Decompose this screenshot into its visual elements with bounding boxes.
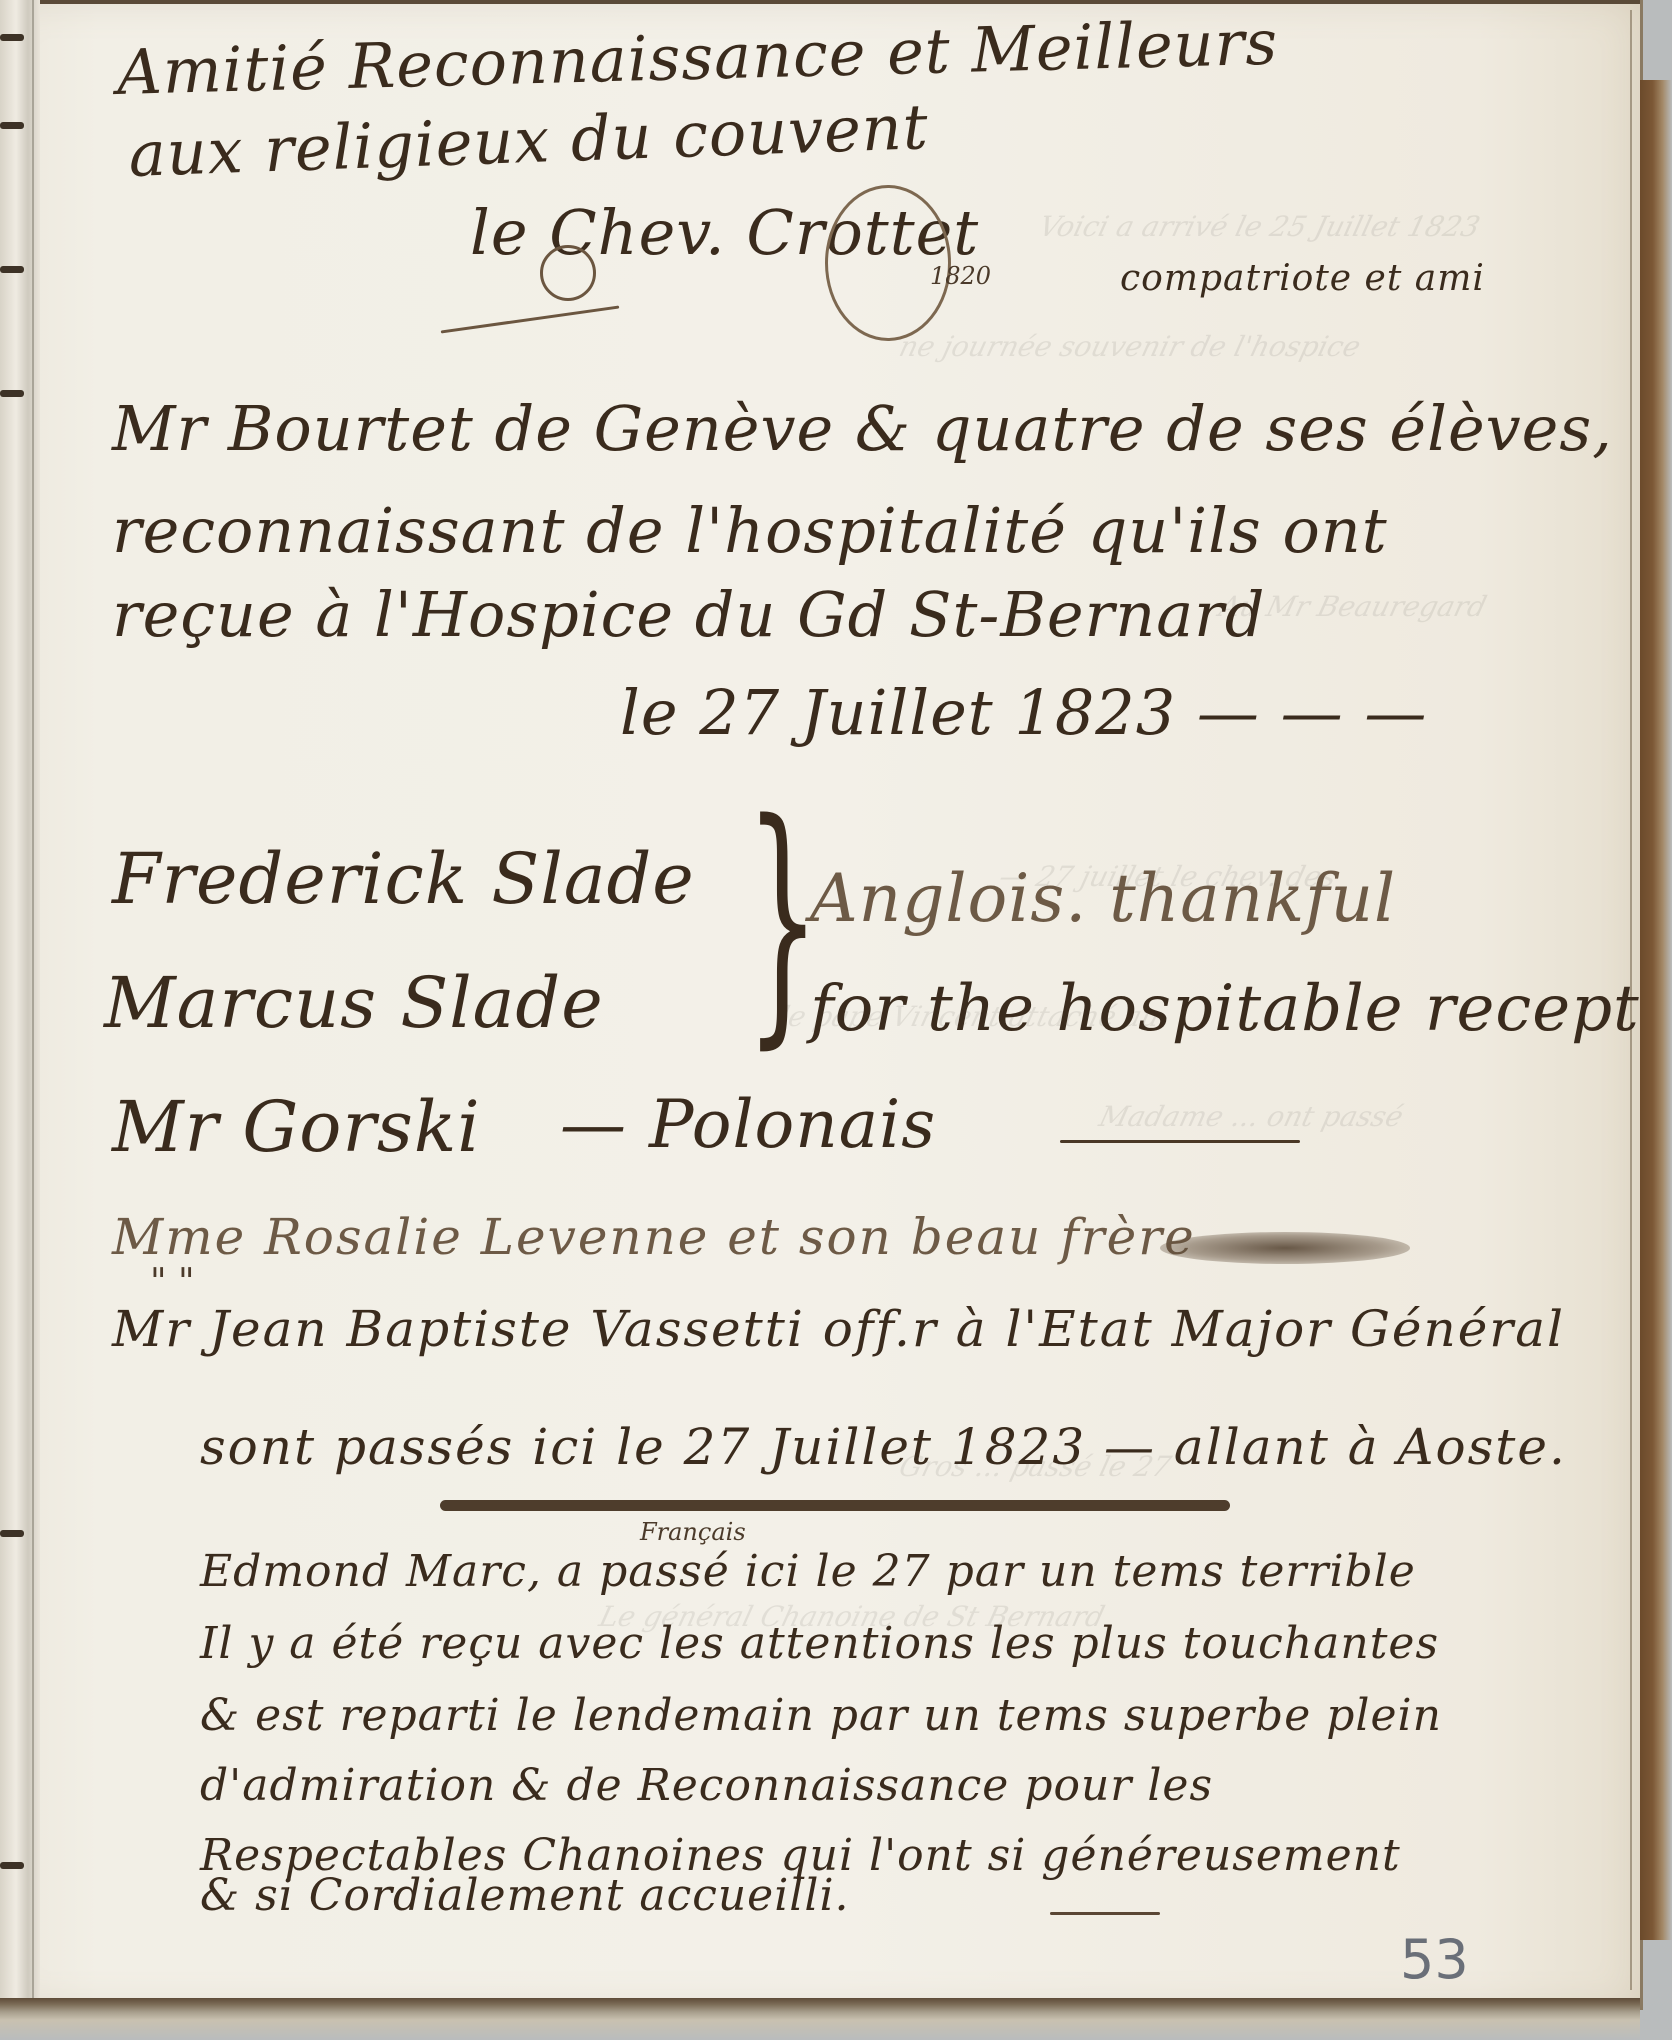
handwritten-line: d'admiration & de Reconnaissance pour le… [200,1760,1213,1811]
handwritten-line: reçue à l'Hospice du Gd St-Bernard [112,578,1265,651]
ink-blot [1160,1232,1410,1264]
page-top-edge [0,0,1640,4]
separator-rule [440,1500,1230,1511]
date-line: le 27 Juillet 1823 — — — [620,676,1427,749]
handwritten-line: sont passés ici le 27 Juillet 1823 — all… [200,1418,1567,1476]
manuscript-page: Voici a arrivé le 25 Juillet 1823 ne jou… [0,0,1643,2010]
worn-bottom-edge [0,1998,1640,2040]
handwritten-note: Anglois. thankful [810,860,1396,937]
page-number: 53 [1400,1928,1469,1991]
underline-rule [1060,1140,1300,1143]
bleed-through-text: Madame ... ont passé [1096,1100,1407,1133]
handwritten-line: reconnaissant de l'hospitalité qu'ils on… [112,494,1388,567]
handwritten-line: Mr Jean Baptiste Vassetti off.r à l'Etat… [112,1300,1565,1358]
binding-stitch [0,1862,24,1869]
binding-stitch [0,266,24,273]
handwritten-line: Mme Rosalie Levenne et son beau frère [112,1208,1196,1266]
handwritten-line: Edmond Marc, a passé ici le 27 par un te… [200,1546,1416,1597]
visitor-name: Frederick Slade [112,838,695,920]
bleed-through-text: ne journée souvenir de l'hospice [896,330,1364,363]
binding-stitch [0,1530,24,1537]
handwritten-line: & si Cordialement accueilli. [200,1870,850,1921]
handwritten-line: Mr Bourtet de Genève & quatre de ses élè… [112,392,1613,465]
handwritten-line: & est reparti le lendemain par un tems s… [200,1690,1442,1741]
grouping-brace: } [745,790,819,1050]
handwritten-line: Amitié Reconnaissance et Meilleurs [116,6,1279,109]
signature-superscript: 1820 [930,262,991,290]
bleed-through-text: Voici a arrivé le 25 Juillet 1823 [1036,210,1484,243]
book-spine [0,0,40,2010]
handwritten-annotation: compatriote et ami [1120,258,1485,299]
visitor-name: Marcus Slade [104,962,604,1044]
binding-stitch [0,34,24,41]
binding-stitch [0,390,24,397]
worn-page-edge [1640,80,1672,1940]
signature-flourish [540,245,596,301]
superscript-annotation: Français [640,1518,746,1546]
ditto-marks: " " [150,1262,195,1303]
flourish-stroke [441,305,620,333]
binding-stitch [0,122,24,129]
handwritten-note: for the hospitable reception. [810,972,1672,1046]
visitor-name: Mr Gorski [112,1086,481,1168]
spine-fold-line [32,0,34,2010]
nationality-label: — Polonais [560,1086,936,1163]
closing-flourish [1050,1912,1160,1915]
handwritten-line: Il y a été reçu avec les attentions les … [200,1618,1439,1669]
